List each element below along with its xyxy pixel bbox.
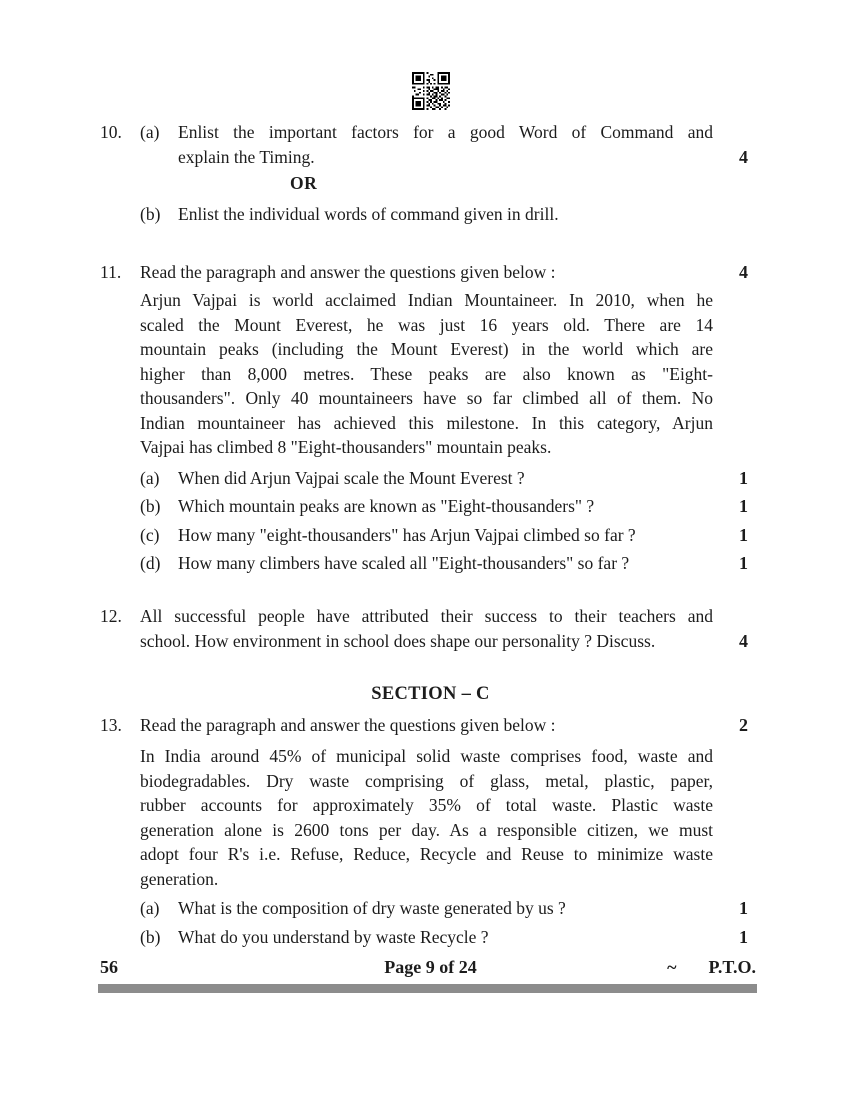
sub-question-row: (b) What do you understand by waste Recy… bbox=[100, 925, 761, 950]
paragraph-line: mountain peaks (including the Mount Ever… bbox=[140, 337, 713, 362]
part-label: (a) bbox=[140, 896, 178, 921]
marks-value: 4 bbox=[713, 629, 748, 654]
footer-bar bbox=[98, 984, 757, 993]
question-number: 13. bbox=[100, 713, 140, 738]
page-content: 10. (a) Enlist the important factors for… bbox=[100, 0, 761, 993]
marks-value: 2 bbox=[713, 713, 748, 738]
section-header: SECTION – C bbox=[100, 682, 761, 706]
sub-question-text: Which mountain peaks are known as "Eight… bbox=[178, 494, 713, 519]
paragraph-line: biodegradables. Dry waste comprising of … bbox=[140, 769, 713, 794]
paragraph-line: Arjun Vajpai is world acclaimed Indian M… bbox=[140, 288, 713, 313]
sub-question-text: What do you understand by waste Recycle … bbox=[178, 925, 713, 950]
question-13-row: 13. Read the paragraph and answer the qu… bbox=[100, 713, 761, 738]
reading-paragraph: In India around 45% of municipal solid w… bbox=[140, 744, 713, 891]
question-line: Enlist the important factors for a good … bbox=[178, 120, 713, 145]
sub-question-text: When did Arjun Vajpai scale the Mount Ev… bbox=[178, 466, 713, 491]
part-label: (a) bbox=[140, 120, 178, 169]
question-line: All successful people have attributed th… bbox=[140, 604, 713, 629]
marks-value: 1 bbox=[713, 494, 748, 519]
paragraph-line: generation alone is 2600 tons per day. A… bbox=[140, 818, 713, 843]
exam-paper-page: 10. (a) Enlist the important factors for… bbox=[0, 0, 850, 1100]
marks-value: 1 bbox=[713, 523, 748, 548]
sub-question-row: (b) Which mountain peaks are known as "E… bbox=[100, 494, 761, 519]
question-text: Enlist the important factors for a good … bbox=[178, 120, 713, 169]
paragraph-line: In India around 45% of municipal solid w… bbox=[140, 744, 713, 769]
marks-value: 4 bbox=[713, 260, 748, 285]
marks-value: 4 bbox=[713, 145, 748, 170]
question-number: 10. bbox=[100, 120, 140, 169]
question-10b: (b) Enlist the individual words of comma… bbox=[140, 202, 713, 227]
question-10b-row: (b) Enlist the individual words of comma… bbox=[100, 202, 761, 227]
paragraph-line: thousanders". Only 40 mountaineers have … bbox=[140, 386, 713, 411]
paragraph-line: adopt four R's i.e. Refuse, Reduce, Recy… bbox=[140, 842, 713, 867]
question-10a-row: 10. (a) Enlist the important factors for… bbox=[100, 120, 761, 169]
sub-question-row: (c) How many "eight-thousanders" has Arj… bbox=[100, 523, 761, 548]
question-line: school. How environment in school does s… bbox=[140, 629, 713, 654]
question-10a: (a) Enlist the important factors for a g… bbox=[140, 120, 713, 169]
sub-question-row: (a) When did Arjun Vajpai scale the Moun… bbox=[100, 466, 761, 491]
page-footer: 56 Page 9 of 24 ~ P.T.O. bbox=[100, 955, 761, 979]
paragraph-line: generation. bbox=[140, 867, 713, 892]
question-number: 11. bbox=[100, 260, 140, 285]
paragraph-line: scaled the Mount Everest, he was just 16… bbox=[140, 313, 713, 338]
part-label: (a) bbox=[140, 466, 178, 491]
sub-question-row: (a) What is the composition of dry waste… bbox=[100, 896, 761, 921]
part-label: (c) bbox=[140, 523, 178, 548]
paragraph-line: higher than 8,000 metres. These peaks ar… bbox=[140, 362, 713, 387]
paragraph-line: rubber accounts for approximately 35% of… bbox=[140, 793, 713, 818]
footer-pto: P.T.O. bbox=[708, 955, 756, 979]
question-intro: Read the paragraph and answer the questi… bbox=[140, 713, 713, 738]
paragraph-line: Indian mountaineer has achieved this mil… bbox=[140, 411, 713, 436]
marks-value: 1 bbox=[713, 466, 748, 491]
marks-value: 1 bbox=[713, 896, 748, 921]
question-11-row: 11. Read the paragraph and answer the qu… bbox=[100, 260, 761, 285]
paragraph-line: Vajpai has climbed 8 "Eight-thousanders"… bbox=[140, 435, 713, 460]
or-separator: OR bbox=[100, 171, 761, 195]
question-text: All successful people have attributed th… bbox=[140, 604, 713, 653]
question-text: Enlist the individual words of command g… bbox=[178, 202, 713, 227]
part-label: (d) bbox=[140, 551, 178, 576]
marks-value: 1 bbox=[713, 551, 748, 576]
marks-value: 1 bbox=[713, 925, 748, 950]
question-line: explain the Timing. bbox=[178, 145, 713, 170]
footer-tilde: ~ bbox=[667, 955, 676, 979]
question-intro: Read the paragraph and answer the questi… bbox=[140, 260, 713, 285]
question-12-row: 12. All successful people have attribute… bbox=[100, 604, 761, 653]
reading-paragraph: Arjun Vajpai is world acclaimed Indian M… bbox=[140, 288, 713, 460]
sub-question-text: How many climbers have scaled all "Eight… bbox=[178, 551, 713, 576]
sub-question-text: How many "eight-thousanders" has Arjun V… bbox=[178, 523, 713, 548]
sub-question-text: What is the composition of dry waste gen… bbox=[178, 896, 713, 921]
footer-page-number: Page 9 of 24 bbox=[100, 955, 761, 979]
qr-code-icon bbox=[412, 72, 450, 110]
part-label: (b) bbox=[140, 494, 178, 519]
question-number: 12. bbox=[100, 604, 140, 653]
sub-question-row: (d) How many climbers have scaled all "E… bbox=[100, 551, 761, 576]
part-label: (b) bbox=[140, 925, 178, 950]
part-label: (b) bbox=[140, 202, 178, 227]
